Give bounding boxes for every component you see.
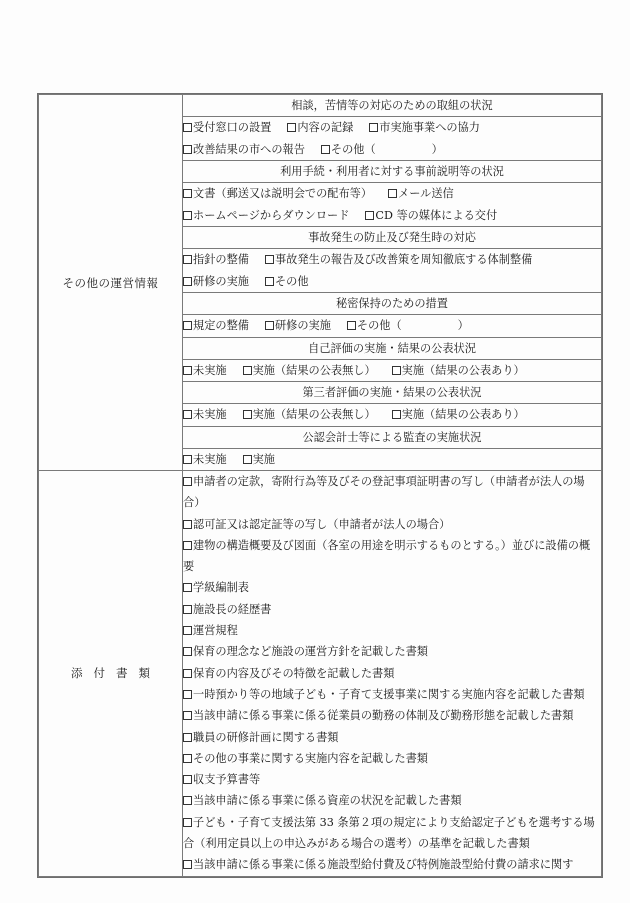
attachment-item[interactable]: 当該申請に係る事業に係る従業員の勤務の体制及び勤務形態を記載した書類 [183, 705, 601, 726]
group-options: 受付窓口の設置内容の記録市実施事業への協力改善結果の市への報告その他（ ） [183, 117, 602, 161]
checkbox-option[interactable]: 事故発生の報告及び改善策を周知徹底する体制整備 [265, 249, 532, 271]
checkbox-icon[interactable] [183, 366, 192, 375]
checkbox-option[interactable]: 未実施 [183, 360, 227, 382]
checkbox-option[interactable]: CD 等の媒体による交付 [365, 205, 497, 227]
checkbox-label: その他（ ） [357, 319, 469, 332]
checkbox-icon[interactable] [287, 123, 296, 132]
checkbox-icon[interactable] [183, 711, 192, 720]
checkbox-label: 改善結果の市への報告 [193, 143, 305, 156]
attachment-item[interactable]: 申請者の定款，寄附行為等及びその登記事項証明書の写し（申請者が法人の場合） [183, 471, 601, 514]
attachment-label: 当該申請に係る事業に係る資産の状況を記載した書類 [193, 794, 462, 807]
group-options: 規定の整備研修の実施その他（ ） [183, 315, 602, 338]
checkbox-option[interactable]: 受付窓口の設置 [183, 117, 271, 139]
checkbox-icon[interactable] [183, 860, 192, 869]
attachment-item[interactable]: 保育の理念など施設の運営方針を記載した書類 [183, 641, 601, 662]
checkbox-icon[interactable] [183, 626, 192, 635]
attachment-label: 当該申請に係る事業に係る施設型給付費及び特例施設型給付費の請求に関す [193, 858, 573, 871]
checkbox-label: ホームページからダウンロード [193, 209, 349, 222]
checkbox-label: その他 [275, 275, 309, 288]
attachment-item[interactable]: 職員の研修計画に関する書類 [183, 727, 601, 748]
checkbox-option[interactable]: 指針の整備 [183, 249, 249, 271]
checkbox-label: 実施（結果の公表あり） [402, 408, 525, 421]
checkbox-label: 受付窓口の設置 [193, 121, 271, 134]
checkbox-option[interactable]: 未実施 [183, 404, 227, 426]
checkbox-icon[interactable] [265, 277, 274, 286]
attachment-item[interactable]: 施設長の経歴書 [183, 599, 601, 620]
checkbox-option[interactable]: 実施 [243, 449, 275, 471]
checkbox-option[interactable]: その他（ ） [321, 139, 443, 161]
checkbox-label: 実施（結果の公表あり） [402, 364, 525, 377]
checkbox-option[interactable]: ホームページからダウンロード [183, 205, 349, 227]
option-line: 未実施実施（結果の公表無し）実施（結果の公表あり） [183, 404, 601, 426]
checkbox-icon[interactable] [183, 211, 192, 220]
checkbox-icon[interactable] [265, 255, 274, 264]
checkbox-option[interactable]: メール送信 [388, 183, 454, 205]
section-label-attachments: 添付書類 [39, 471, 183, 877]
checkbox-icon[interactable] [183, 669, 192, 678]
attachment-label: 職員の研修計画に関する書類 [193, 731, 338, 744]
group-title: 事故発生の防止及び発生時の対応 [183, 227, 602, 249]
group-options: 未実施実施（結果の公表無し）実施（結果の公表あり） [183, 359, 602, 382]
attachment-item[interactable]: 保育の内容及びその特徴を記載した書類 [183, 663, 601, 684]
checkbox-icon[interactable] [183, 520, 192, 529]
checkbox-option[interactable]: 実施（結果の公表あり） [392, 360, 525, 382]
checkbox-label: 指針の整備 [193, 253, 249, 266]
attachment-label: 子ども・子育て支援法第 33 条第２項の規定により支給認定子どもを選考する場合（… [183, 816, 595, 850]
attachment-item[interactable]: その他の事業に関する実施内容を記載した書類 [183, 748, 601, 769]
checkbox-icon[interactable] [183, 754, 192, 763]
attachment-label: 保育の理念など施設の運営方針を記載した書類 [193, 645, 428, 658]
option-line: 文書（郵送又は説明会での配布等）メール送信 [183, 183, 601, 205]
group-title: 自己評価の実施・結果の公表状況 [183, 337, 602, 359]
attachment-item[interactable]: 当該申請に係る事業に係る資産の状況を記載した書類 [183, 790, 601, 811]
checkbox-option[interactable]: 文書（郵送又は説明会での配布等） [183, 183, 372, 205]
checkbox-option[interactable]: 研修の実施 [265, 315, 331, 337]
attachments-row: 添付書類申請者の定款，寄附行為等及びその登記事項証明書の写し（申請者が法人の場合… [39, 471, 602, 877]
attachment-label: その他の事業に関する実施内容を記載した書類 [193, 752, 428, 765]
group-title: 秘密保持のための措置 [183, 293, 602, 315]
checkbox-label: 未実施 [193, 364, 227, 377]
checkbox-label: 市実施事業への協力 [379, 121, 480, 134]
attachment-label: 当該申請に係る事業に係る従業員の勤務の体制及び勤務形態を記載した書類 [193, 709, 573, 722]
checkbox-icon[interactable] [369, 123, 378, 132]
checkbox-icon[interactable] [183, 277, 192, 286]
group-header-row: その他の運営情報相談，苦情等の対応のための取組の状況 [39, 95, 602, 117]
checkbox-icon[interactable] [183, 123, 192, 132]
checkbox-icon[interactable] [321, 145, 330, 154]
attachment-item[interactable]: 建物の構造概要及び図面（各室の用途を明示するものとする。）並びに設備の概要 [183, 535, 601, 578]
checkbox-option[interactable]: 内容の記録 [287, 117, 353, 139]
section-attachments: 添付書類申請者の定款，寄附行為等及びその登記事項証明書の写し（申請者が法人の場合… [39, 471, 602, 877]
attachment-item[interactable]: 子ども・子育て支援法第 33 条第２項の規定により支給認定子どもを選考する場合（… [183, 812, 601, 855]
group-title: 利用手続・利用者に対する事前説明等の状況 [183, 161, 602, 183]
attachment-checklist: 申請者の定款，寄附行為等及びその登記事項証明書の写し（申請者が法人の場合）認可証… [183, 471, 602, 877]
checkbox-label: 未実施 [193, 453, 227, 466]
checkbox-label: 規定の整備 [193, 319, 249, 332]
option-line: 受付窓口の設置内容の記録市実施事業への協力 [183, 117, 601, 139]
checkbox-option[interactable]: 研修の実施 [183, 271, 249, 293]
attachment-label: 保育の内容及びその特徴を記載した書類 [193, 667, 394, 680]
checkbox-icon[interactable] [183, 145, 192, 154]
attachment-item[interactable]: 認可証又は認定証等の写し（申請者が法人の場合） [183, 514, 601, 535]
checkbox-option[interactable]: 改善結果の市への報告 [183, 139, 305, 161]
checkbox-icon[interactable] [183, 796, 192, 805]
checkbox-icon[interactable] [183, 583, 192, 592]
attachment-item[interactable]: 運営規程 [183, 620, 601, 641]
attachment-label: 施設長の経歴書 [193, 603, 271, 616]
checkbox-icon[interactable] [183, 255, 192, 264]
attachment-label: 学級編制表 [193, 581, 249, 594]
checkbox-icon[interactable] [183, 690, 192, 699]
checkbox-label: 文書（郵送又は説明会での配布等） [193, 187, 372, 200]
checkbox-option[interactable]: 実施（結果の公表無し） [243, 360, 376, 382]
form-grid: その他の運営情報相談，苦情等の対応のための取組の状況受付窓口の設置内容の記録市実… [38, 94, 602, 877]
attachment-label: 認可証又は認定証等の写し（申請者が法人の場合） [193, 518, 450, 531]
attachment-label: 申請者の定款，寄附行為等及びその登記事項証明書の写し（申請者が法人の場合） [183, 475, 585, 509]
attachment-label: 建物の構造概要及び図面（各室の用途を明示するものとする。）並びに設備の概要 [183, 539, 590, 573]
option-line: 指針の整備事故発生の報告及び改善策を周知徹底する体制整備 [183, 249, 601, 271]
attachment-item[interactable]: 当該申請に係る事業に係る施設型給付費及び特例施設型給付費の請求に関す [183, 854, 601, 875]
checkbox-icon[interactable] [183, 477, 192, 486]
checkbox-label: 実施（結果の公表無し） [253, 408, 376, 421]
option-line: 改善結果の市への報告その他（ ） [183, 139, 601, 161]
checkbox-label: 実施（結果の公表無し） [253, 364, 376, 377]
checkbox-icon[interactable] [183, 818, 192, 827]
checkbox-icon[interactable] [365, 211, 374, 220]
option-line: 未実施実施（結果の公表無し）実施（結果の公表あり） [183, 360, 601, 382]
group-options: 指針の整備事故発生の報告及び改善策を周知徹底する体制整備研修の実施その他 [183, 249, 602, 293]
checkbox-icon[interactable] [243, 455, 252, 464]
checkbox-label: その他（ ） [331, 143, 443, 156]
group-options: 未実施実施 [183, 448, 602, 471]
attachment-label: 一時預かり等の地域子ども・子育て支援事業に関する実施内容を記載した書類 [193, 688, 585, 701]
checkbox-label: CD 等の媒体による交付 [375, 209, 497, 222]
group-options: 未実施実施（結果の公表無し）実施（結果の公表あり） [183, 404, 602, 427]
checkbox-icon[interactable] [183, 775, 192, 784]
checkbox-label: 内容の記録 [297, 121, 353, 134]
checkbox-icon[interactable] [347, 321, 356, 330]
checkbox-option[interactable]: その他 [265, 271, 309, 293]
option-line: 未実施実施 [183, 449, 601, 471]
attachment-item[interactable]: 一時預かり等の地域子ども・子育て支援事業に関する実施内容を記載した書類 [183, 684, 601, 705]
checkbox-label: 研修の実施 [275, 319, 331, 332]
checkbox-label: メール送信 [398, 187, 454, 200]
option-line: ホームページからダウンロードCD 等の媒体による交付 [183, 205, 601, 227]
application-form-table: その他の運営情報相談，苦情等の対応のための取組の状況受付窓口の設置内容の記録市実… [37, 93, 603, 878]
checkbox-label: 未実施 [193, 408, 227, 421]
checkbox-option[interactable]: 市実施事業への協力 [369, 117, 480, 139]
section-other-operations: その他の運営情報相談，苦情等の対応のための取組の状況受付窓口の設置内容の記録市実… [39, 95, 602, 471]
checkbox-option[interactable]: 規定の整備 [183, 315, 249, 337]
checkbox-icon[interactable] [388, 189, 397, 198]
checkbox-icon[interactable] [243, 366, 252, 375]
group-title: 公認会計士等による監査の実施状況 [183, 426, 602, 448]
checkbox-icon[interactable] [183, 541, 192, 550]
group-options: 文書（郵送又は説明会での配布等）メール送信ホームページからダウンロードCD 等の… [183, 183, 602, 227]
checkbox-icon[interactable] [243, 410, 252, 419]
checkbox-icon[interactable] [392, 366, 401, 375]
checkbox-icon[interactable] [183, 189, 192, 198]
attachment-item[interactable]: 学級編制表 [183, 577, 601, 598]
checkbox-label: 実施 [253, 453, 275, 466]
attachment-label: 運営規程 [193, 624, 238, 637]
section-label-other-operations: その他の運営情報 [39, 95, 183, 471]
attachment-item[interactable]: 収支予算書等 [183, 769, 601, 790]
checkbox-option[interactable]: その他（ ） [347, 315, 469, 337]
group-title: 相談，苦情等の対応のための取組の状況 [183, 95, 602, 117]
checkbox-label: 事故発生の報告及び改善策を周知徹底する体制整備 [275, 253, 532, 266]
checkbox-icon[interactable] [183, 605, 192, 614]
attachment-label: 収支予算書等 [193, 773, 260, 786]
checkbox-icon[interactable] [183, 410, 192, 419]
checkbox-option[interactable]: 実施（結果の公表あり） [392, 404, 525, 426]
checkbox-icon[interactable] [392, 410, 401, 419]
checkbox-icon[interactable] [183, 321, 192, 330]
checkbox-icon[interactable] [183, 733, 192, 742]
checkbox-option[interactable]: 実施（結果の公表無し） [243, 404, 376, 426]
checkbox-label: 研修の実施 [193, 275, 249, 288]
checkbox-icon[interactable] [265, 321, 274, 330]
option-line: 研修の実施その他 [183, 271, 601, 293]
checkbox-icon[interactable] [183, 647, 192, 656]
checkbox-option[interactable]: 未実施 [183, 449, 227, 471]
checkbox-icon[interactable] [183, 455, 192, 464]
group-title: 第三者評価の実施・結果の公表状況 [183, 382, 602, 404]
option-line: 規定の整備研修の実施その他（ ） [183, 315, 601, 337]
